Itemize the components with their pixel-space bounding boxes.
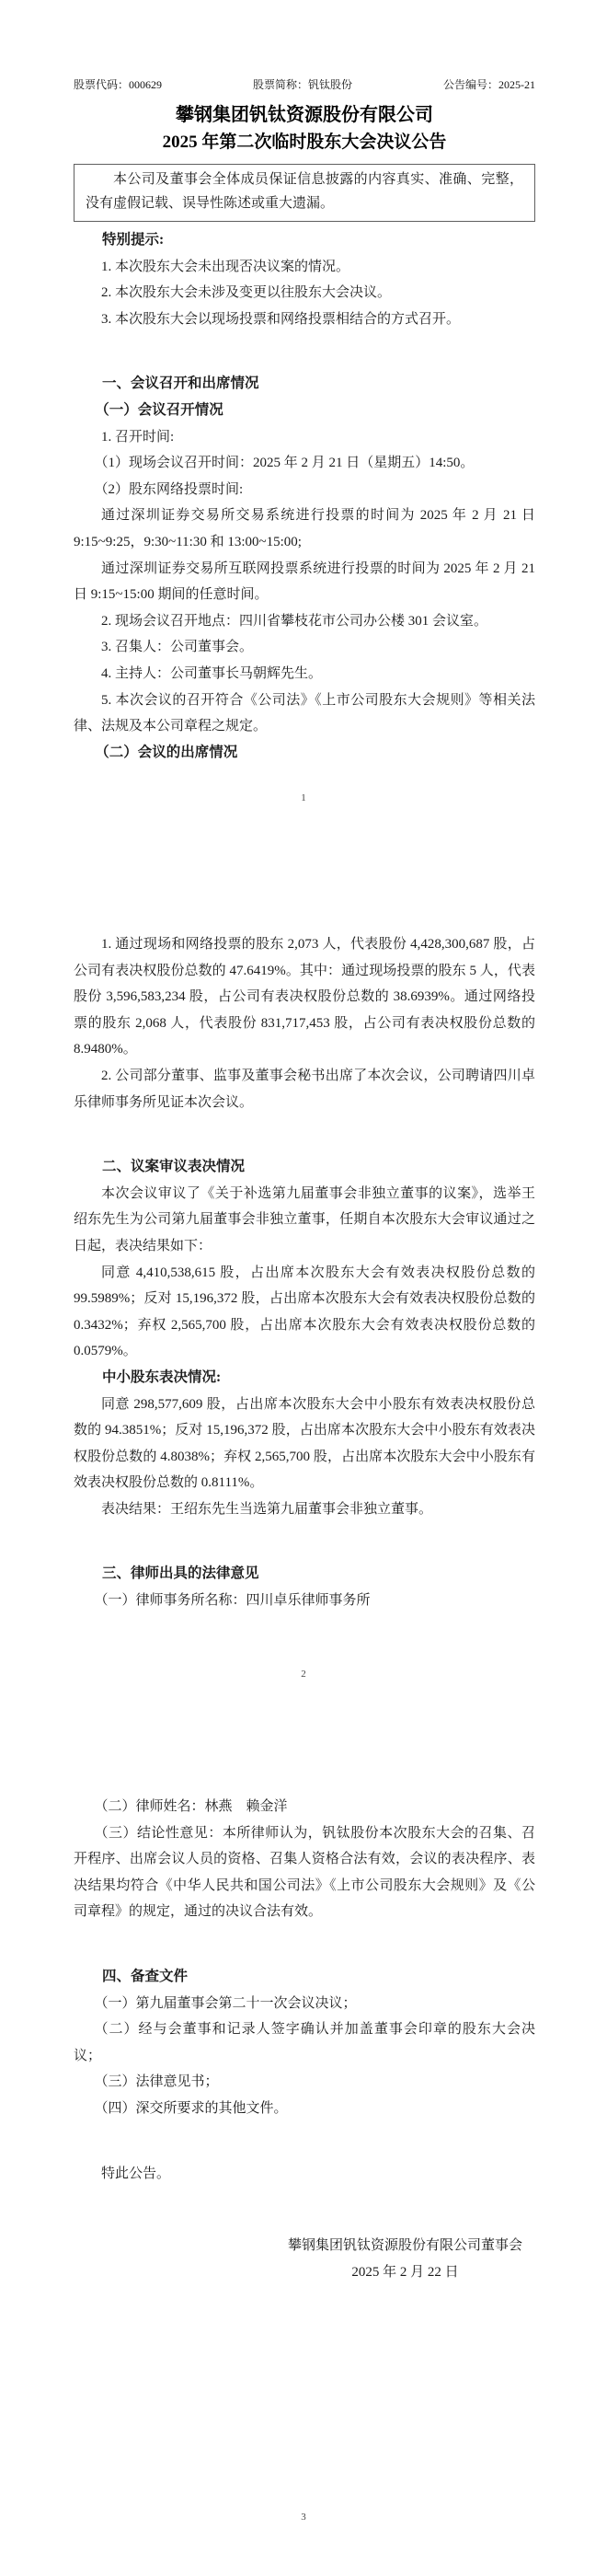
page3-content: （二）律师姓名：林燕 赖金洋 （三）结论性意见：本所律师认为，钒钛股份本次股东大… [74, 1794, 535, 2286]
paragraph: 3. 召集人：公司董事会。 [74, 634, 535, 661]
stock-code: 股票代码：000629 [74, 77, 162, 92]
paragraph: 4. 主持人：公司董事长马朝辉先生。 [74, 661, 535, 687]
paragraph: （2）股东网络投票时间: [74, 477, 535, 503]
company-title: 攀钢集团钒钛资源股份有限公司 [74, 101, 535, 129]
signature-inner: 攀钢集团钒钛资源股份有限公司董事会 2025 年 2 月 22 日 [288, 2233, 522, 2286]
closing-statement: 特此公告。 [74, 2161, 535, 2188]
section1-sub2-heading: （二）会议的出席情况 [74, 740, 535, 767]
lawyer-names: （二）律师姓名：林燕 赖金洋 [74, 1794, 535, 1820]
special-notice-item: 2. 本次股东大会未涉及变更以往股东大会决议。 [74, 280, 535, 306]
legal-opinion: （三）结论性意见：本所律师认为，钒钛股份本次股东大会的召集、召开程序、出席会议人… [74, 1820, 535, 1925]
section2-minority-result: 同意 298,577,609 股，占出席本次股东大会中小股东有效表决权股份总数的… [74, 1392, 535, 1496]
page-number: 1 [0, 791, 607, 804]
special-notice-item: 3. 本次股东大会以现场投票和网络投票相结合的方式召开。 [74, 306, 535, 333]
section1-sub1-heading: （一）会议召开情况 [74, 398, 535, 424]
signature-date: 2025 年 2 月 22 日 [288, 2259, 522, 2286]
reference-doc-item: （三）法律意见书； [74, 2069, 535, 2096]
announcement-number: 公告编号：2025-21 [443, 77, 535, 92]
doc-header: 股票代码：000629 股票简称：钒钛股份 公告编号：2025-21 [74, 77, 535, 92]
page1-content: 股票代码：000629 股票简称：钒钛股份 公告编号：2025-21 攀钢集团钒… [74, 77, 535, 766]
paragraph: 通过深圳证券交易所交易系统进行投票的时间为 2025 年 2 月 21 日 9:… [74, 502, 535, 555]
announcement-document: 股票代码：000629 股票简称：钒钛股份 公告编号：2025-21 攀钢集团钒… [0, 0, 607, 2576]
section3-heading: 三、律师出具的法律意见 [74, 1561, 535, 1588]
section2-intro: 本次会议审议了《关于补选第九届董事会非独立董事的议案》，选举王绍东先生为公司第九… [74, 1181, 535, 1260]
reference-doc-item: （二）经与会董事和记录人签字确认并加盖董事会印章的股东大会决议； [74, 2016, 535, 2069]
law-firm-name: （一）律师事务所名称：四川卓乐律师事务所 [74, 1588, 535, 1614]
section4-heading: 四、备查文件 [74, 1964, 535, 1991]
paragraph: 通过深圳证券交易所互联网投票系统进行投票的时间为 2025 年 2 月 21 日… [74, 556, 535, 608]
paragraph: （1）现场会议召开时间：2025 年 2 月 21 日（星期五）14:50。 [74, 450, 535, 477]
disclaimer-text: 本公司及董事会全体成员保证信息披露的内容真实、准确、完整，没有虚假记载、误导性陈… [86, 167, 523, 215]
paragraph: 5. 本次会议的召开符合《公司法》《上市公司股东大会规则》等相关法律、法规及本公… [74, 687, 535, 740]
page-number: 3 [0, 2511, 607, 2524]
section2-heading: 二、议案审议表决情况 [74, 1154, 535, 1181]
doc-subtitle: 2025 年第二次临时股东大会决议公告 [74, 129, 535, 156]
minority-vote-heading: 中小股东表决情况: [74, 1365, 535, 1392]
section2-conclusion: 表决结果：王绍东先生当选第九届董事会非独立董事。 [74, 1496, 535, 1523]
special-notice-heading: 特别提示: [74, 227, 535, 254]
section2-overall-result: 同意 4,410,538,615 股，占出席本次股东大会有效表决权股份总数的 9… [74, 1260, 535, 1365]
stock-name: 股票简称：钒钛股份 [253, 77, 352, 92]
paragraph: 2. 现场会议召开地点：四川省攀枝花市公司办公楼 301 会议室。 [74, 608, 535, 635]
signature-company: 攀钢集团钒钛资源股份有限公司董事会 [288, 2233, 522, 2259]
page2-content: 1. 通过现场和网络投票的股东 2,073 人，代表股份 4,428,300,6… [74, 931, 535, 1614]
attendance-paragraph: 2. 公司部分董事、监事及董事会秘书出席了本次会议，公司聘请四川卓乐律师事务所见… [74, 1063, 535, 1115]
disclaimer-box: 本公司及董事会全体成员保证信息披露的内容真实、准确、完整，没有虚假记载、误导性陈… [74, 164, 535, 222]
reference-doc-item: （一）第九届董事会第二十一次会议决议； [74, 1991, 535, 2017]
special-notice-item: 1. 本次股东大会未出现否决议案的情况。 [74, 254, 535, 281]
page-number: 2 [0, 1668, 607, 1681]
paragraph: 1. 召开时间: [74, 424, 535, 451]
section1-heading: 一、会议召开和出席情况 [74, 371, 535, 398]
signature-block: 攀钢集团钒钛资源股份有限公司董事会 2025 年 2 月 22 日 [74, 2233, 535, 2286]
attendance-paragraph: 1. 通过现场和网络投票的股东 2,073 人，代表股份 4,428,300,6… [74, 931, 535, 1063]
reference-doc-item: （四）深交所要求的其他文件。 [74, 2096, 535, 2122]
